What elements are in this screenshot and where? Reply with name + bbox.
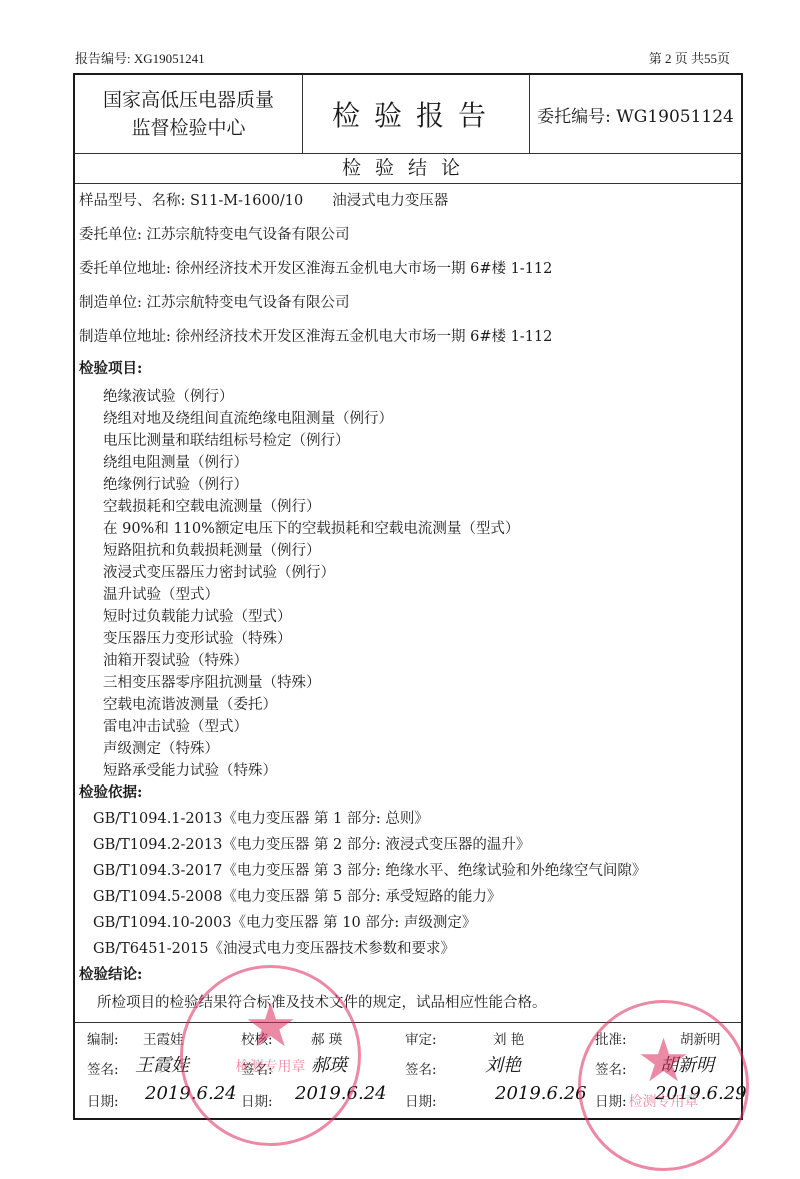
org-line-2: 监督检验中心 — [131, 117, 245, 139]
test-item: 在 90%和 110%额定电压下的空载损耗和空载电流测量（型式） — [103, 517, 519, 538]
report-number: 报告编号: XG19051241 — [75, 48, 205, 67]
client-info: 委托单位: 江苏宗航特变电气设备有限公司 — [79, 223, 350, 244]
date-label: 日期: — [241, 1090, 273, 1110]
test-item: 电压比测量和联结组标号检定（例行） — [103, 429, 350, 450]
test-item: 短路阻抗和负载损耗测量（例行） — [103, 539, 321, 560]
test-item: 三相变压器零序阻抗测量（特殊） — [103, 671, 321, 692]
maker-address: 制造单位地址: 徐州经济技术开发区淮海五金机电大市场一期 6#楼 1-112 — [79, 325, 552, 346]
conclusion-title: 检验结论 — [75, 153, 741, 184]
result-label: 检验结论: — [79, 963, 142, 984]
signature: 刘艳 — [485, 1051, 521, 1077]
signature-divider — [75, 1022, 741, 1023]
report-title: 检验报告 — [303, 75, 530, 153]
report-header: 国家高低压电器质量监督检验中心 检验报告 委托编号: WG19051124 — [75, 75, 741, 154]
test-item: 雷电冲击试验（型式） — [103, 715, 248, 736]
sign-date: 2019.6.24 — [145, 1083, 237, 1104]
test-item: 短路承受能力试验（特殊） — [103, 759, 277, 780]
sign-date: 2019.6.29 — [655, 1083, 747, 1104]
sign-label: 签名: — [595, 1058, 627, 1078]
standard-item: GB/T1094.2-2013《电力变压器 第 2 部分: 液浸式变压器的温升》 — [93, 833, 530, 854]
test-item: 变压器压力变形试验（特殊） — [103, 627, 292, 648]
standard-item: GB/T6451-2015《油浸式电力变压器技术参数和要求》 — [93, 937, 455, 958]
sign-label: 签名: — [87, 1058, 119, 1078]
date-label: 日期: — [595, 1090, 627, 1110]
person-name: 胡新明 — [680, 1028, 721, 1048]
test-item: 声级测定（特殊） — [103, 737, 219, 758]
test-item: 液浸式变压器压力密封试验（例行） — [103, 561, 335, 582]
standard-item: GB/T1094.1-2013《电力变压器 第 1 部分: 总则》 — [93, 807, 429, 828]
test-item: 短时过负载能力试验（型式） — [103, 605, 292, 626]
org-line-1: 国家高低压电器质量 — [103, 89, 274, 111]
test-item: 空载电流谐波测量（委托） — [103, 693, 277, 714]
role-label: 批准: — [595, 1028, 627, 1048]
test-item: 绕组电阻测量（例行） — [103, 451, 248, 472]
basis-label: 检验依据: — [79, 781, 142, 802]
items-label: 检验项目: — [79, 357, 142, 378]
client-address: 委托单位地址: 徐州经济技术开发区淮海五金机电大市场一期 6#楼 1-112 — [79, 257, 552, 278]
signature: 胡新明 — [660, 1051, 714, 1077]
org-name: 国家高低压电器质量监督检验中心 — [75, 75, 303, 153]
test-item: 温升试验（型式） — [103, 583, 219, 604]
person-name: 王霞娃 — [143, 1028, 184, 1048]
person-name: 刘 艳 — [493, 1028, 524, 1048]
test-item: 油箱开裂试验（特殊） — [103, 649, 248, 670]
commission-number: 委托编号: WG19051124 — [530, 75, 741, 153]
page-info: 第 2 页 共55页 — [649, 48, 730, 67]
test-item: 绝缘例行试验（例行） — [103, 473, 248, 494]
sign-label: 签名: — [241, 1058, 273, 1078]
sample-info: 样品型号、名称: S11-M-1600/10 油浸式电力变压器 — [79, 189, 448, 210]
result-text: 所检项目的检验结果符合标准及技术文件的规定，试品相应性能合格。 — [97, 991, 547, 1012]
role-label: 校核: — [241, 1028, 273, 1048]
standard-item: GB/T1094.5-2008《电力变压器 第 5 部分: 承受短路的能力》 — [93, 885, 501, 906]
person-name: 郝 瑛 — [311, 1028, 342, 1048]
signature: 王霞娃 — [135, 1051, 189, 1077]
standard-item: GB/T1094.10-2003《电力变压器 第 10 部分: 声级测定》 — [93, 911, 476, 932]
standard-item: GB/T1094.3-2017《电力变压器 第 3 部分: 绝缘水平、绝缘试验和… — [93, 859, 646, 880]
date-label: 日期: — [87, 1090, 119, 1110]
sign-label: 签名: — [405, 1058, 437, 1078]
role-label: 审定: — [405, 1028, 437, 1048]
sign-date: 2019.6.26 — [495, 1083, 587, 1104]
maker-info: 制造单位: 江苏宗航特变电气设备有限公司 — [79, 291, 350, 312]
signature: 郝瑛 — [311, 1051, 347, 1077]
role-label: 编制: — [87, 1028, 119, 1048]
test-item: 绕组对地及绕组间直流绝缘电阻测量（例行） — [103, 407, 393, 428]
test-item: 空载损耗和空载电流测量（例行） — [103, 495, 321, 516]
test-item: 绝缘液试验（例行） — [103, 385, 234, 406]
date-label: 日期: — [405, 1090, 437, 1110]
sign-date: 2019.6.24 — [295, 1083, 387, 1104]
report-frame: 国家高低压电器质量监督检验中心 检验报告 委托编号: WG19051124 检验… — [73, 73, 743, 1120]
